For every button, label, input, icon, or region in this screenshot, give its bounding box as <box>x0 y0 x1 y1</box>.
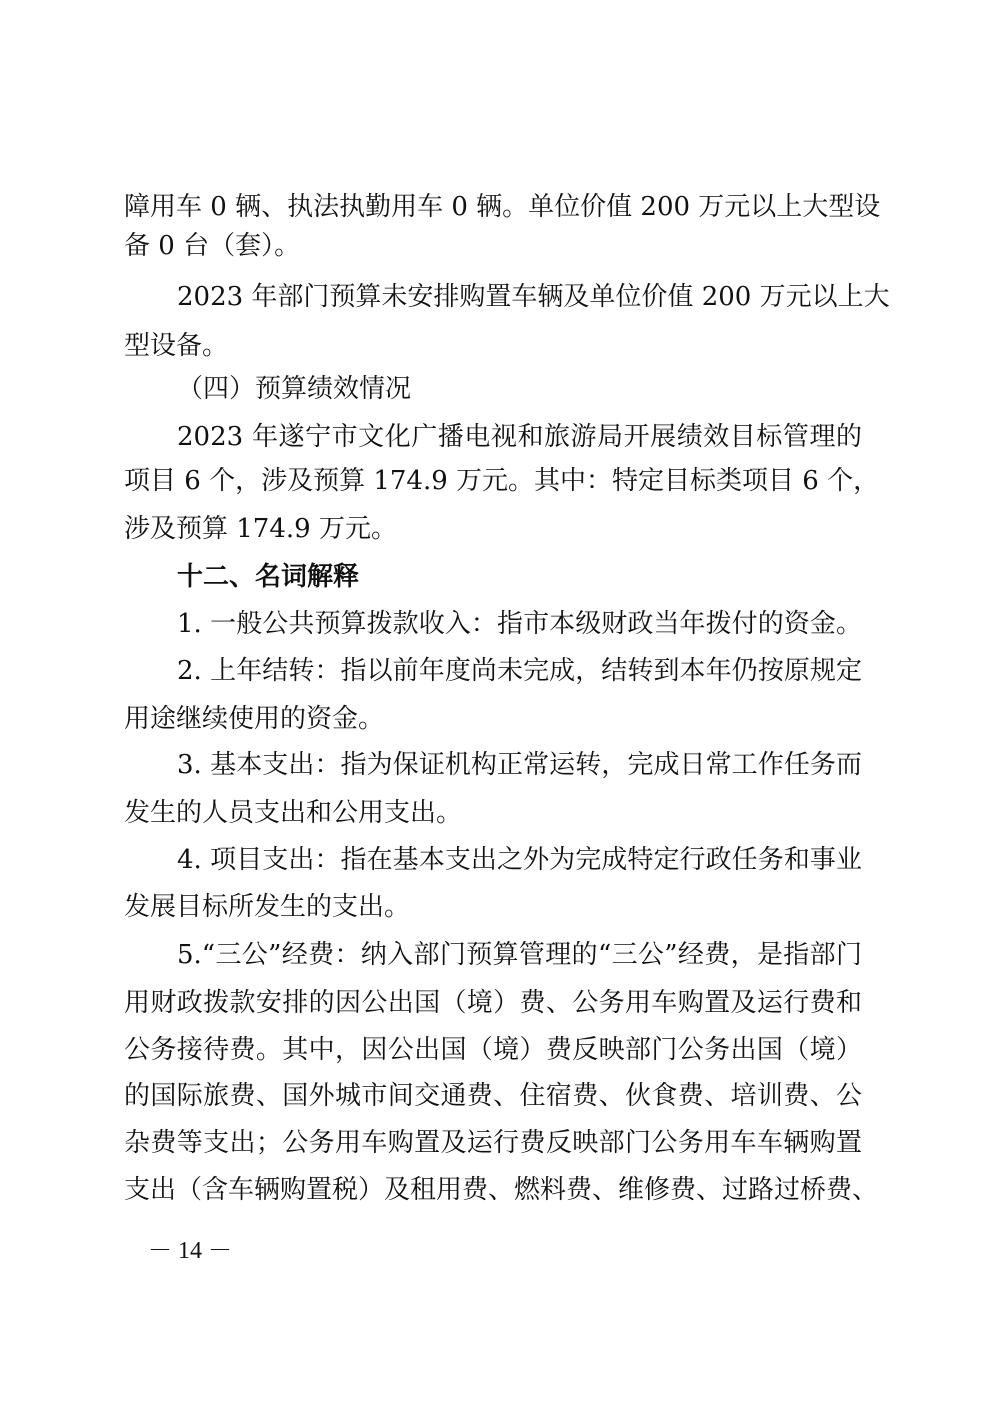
paragraph-line: 1. 一般公共预算拨款收入：指市本级财政当年拨付的资金。 <box>177 608 862 640</box>
paragraph-line: 用财政拨款安排的因公出国（境）费、公务用车购置及运行费和 <box>124 987 862 1019</box>
paragraph-line: 项目 6 个，涉及预算 174.9 万元。其中：特定目标类项目 6 个， <box>124 465 862 497</box>
paragraph-line: 4. 项目支出：指在基本支出之外为完成特定行政任务和事业 <box>177 844 862 876</box>
paragraph-line: 障用车 0 辆、执法执勤用车 0 辆。单位价值 200 万元以上大型设 <box>124 191 862 223</box>
paragraph-line: 发生的人员支出和公用支出。 <box>124 797 862 829</box>
paragraph-line: 型设备。 <box>124 330 862 362</box>
paragraph-line: 5.“三公”经费：纳入部门预算管理的“三公”经费，是指部门 <box>177 939 862 971</box>
document-page: 障用车 0 辆、执法执勤用车 0 辆。单位价值 200 万元以上大型设备 0 台… <box>0 0 992 1403</box>
paragraph-line: 杂费等支出；公务用车购置及运行费反映部门公务用车车辆购置 <box>124 1127 862 1159</box>
section-heading: 十二、名词解释 <box>177 561 862 593</box>
paragraph-line: 2023 年部门预算未安排购置车辆及单位价值 200 万元以上大 <box>177 281 862 313</box>
paragraph-line: 支出（含车辆购置税）及租用费、燃料费、维修费、过路过桥费、 <box>124 1174 862 1206</box>
paragraph-line: 的国际旅费、国外城市间交通费、住宿费、伙食费、培训费、公 <box>124 1080 862 1112</box>
paragraph-line: 2. 上年结转：指以前年度尚未完成，结转到本年仍按原规定 <box>177 655 862 687</box>
paragraph-line: 公务接待费。其中，因公出国（境）费反映部门公务出国（境） <box>124 1034 862 1066</box>
paragraph-line: 涉及预算 174.9 万元。 <box>124 513 862 545</box>
paragraph-line: 备 0 台（套）。 <box>124 230 862 262</box>
paragraph-line: 发展目标所发生的支出。 <box>124 891 862 923</box>
paragraph-line: 2023 年遂宁市文化广播电视和旅游局开展绩效目标管理的 <box>177 421 862 453</box>
paragraph-line: （四）预算绩效情况 <box>177 373 862 405</box>
paragraph-line: 3. 基本支出：指为保证机构正常运转，完成日常工作任务而 <box>177 749 862 781</box>
page-number: － 14 － <box>148 1236 232 1266</box>
paragraph-line: 用途继续使用的资金。 <box>124 703 862 735</box>
